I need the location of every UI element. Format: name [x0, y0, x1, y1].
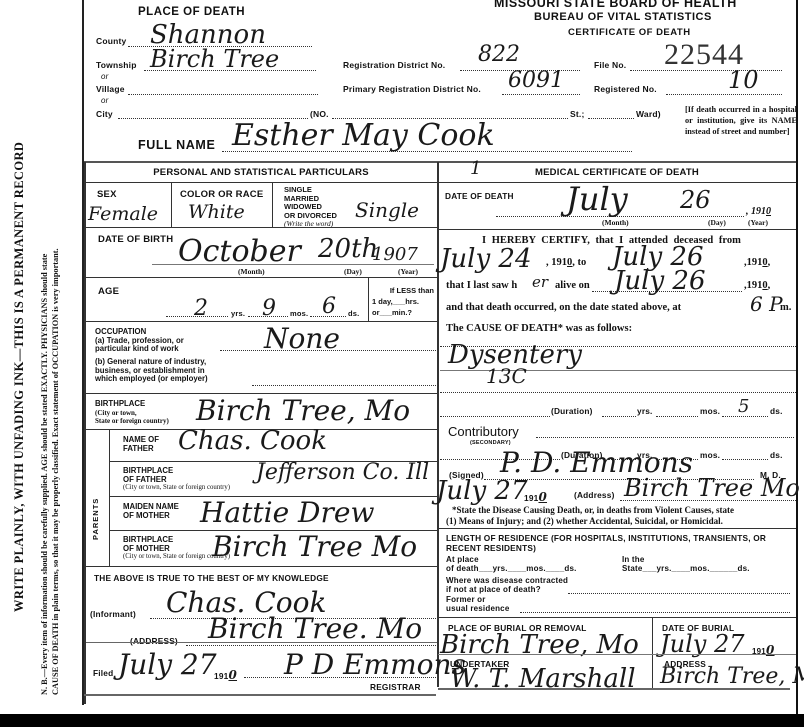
at-place-line1: At place — [446, 555, 577, 564]
contracted-field: Where was disease contracted if not at p… — [446, 576, 568, 594]
duration-yrs: yrs. — [637, 406, 653, 416]
certificate-title: CERTIFICATE OF DEATH — [568, 27, 691, 38]
duration2-mos: mos. — [700, 450, 720, 460]
or-label-2: or — [101, 96, 109, 105]
rule — [86, 566, 437, 567]
residence-heading: LENGTH OF RESIDENCE (FOR HOSPITALS, INST… — [446, 533, 766, 553]
dob-year-caption: (Year) — [398, 267, 418, 276]
signed-year-suffix: 0 — [538, 490, 547, 504]
registered-no-value: 10 — [728, 66, 759, 94]
registrar-label: REGISTRAR — [370, 682, 421, 692]
father-birthplace-value: Jefferson Co. Ill — [256, 460, 429, 485]
ward-label: Ward) — [636, 109, 661, 119]
rule — [536, 437, 794, 438]
father-name-value: Chas. Cook — [178, 426, 327, 456]
filed-year-suffix: 0 — [228, 668, 237, 682]
attended-year-1: , 1910, to — [546, 257, 586, 268]
informant-address-label: (ADDRESS) — [130, 636, 178, 646]
contracted-line1: Where was disease contracted — [446, 576, 568, 585]
registrar-signature: P D Emmons — [284, 648, 466, 681]
occupation-label: OCCUPATION (a) Trade, profession, or par… — [95, 328, 184, 354]
township-label: Township — [96, 60, 137, 70]
dob-day: 20th — [318, 234, 378, 264]
cause-footnote: *State the Disease Causing Death, or, in… — [446, 505, 734, 526]
or-label-1: or — [101, 72, 109, 81]
signed-year: 1910 — [524, 490, 547, 504]
rule — [86, 182, 437, 183]
physician-address-value: Birch Tree Mo — [624, 474, 800, 502]
duration-ds: ds. — [770, 406, 783, 416]
father-bp-line3: (City or town, State or foreign country) — [123, 484, 230, 493]
in-state-field: In the State___yrs.____mos.______ds. — [622, 555, 750, 573]
primary-district-value: 6091 — [508, 68, 564, 93]
registered-no-line — [666, 94, 782, 95]
former-line1: Former or — [446, 595, 509, 604]
burial-place-value: Birch Tree, Mo — [440, 630, 639, 660]
age-days: 6 — [322, 294, 336, 319]
township-value: Birch Tree — [150, 45, 279, 73]
city-label: City — [96, 109, 113, 119]
year-3-suffix: 0 — [762, 280, 767, 291]
occupation-b-line3: which employed (or employer) — [95, 375, 208, 384]
rule — [602, 416, 636, 417]
marital-value: Single — [355, 198, 419, 222]
dob-day-caption: (Day) — [344, 267, 362, 276]
rule — [438, 688, 790, 690]
filed-year: 1910 — [214, 668, 237, 682]
village-line — [128, 94, 318, 95]
file-no-label: File No. — [594, 60, 626, 70]
cause-label: The CAUSE OF DEATH* was as follows: — [446, 323, 632, 334]
birthplace-sub1: (City or town, — [95, 409, 169, 418]
scan-border-right — [796, 0, 804, 714]
hospital-note: [If death occurred in a hospital or inst… — [685, 104, 797, 137]
dod-year-prefix: 191 — [751, 206, 766, 217]
residence-heading-line2: RECENT RESIDENTS) — [446, 543, 766, 553]
less-than-line-2: 1 day,___hrs. — [372, 296, 434, 307]
sex-label: SEX — [97, 189, 117, 200]
race-value: White — [188, 201, 245, 223]
left-column-border — [84, 162, 86, 704]
scan-border-bottom — [0, 714, 804, 727]
birthplace-heading: BIRTHPLACE — [95, 400, 169, 409]
age-label: AGE — [98, 286, 119, 297]
section-divider — [84, 161, 796, 163]
margin-instruction: WRITE PLAINLY, WITH UNFADING INK—THIS IS… — [12, 142, 27, 612]
street-label: St.; — [570, 109, 585, 119]
year-1-prefix: 191 — [551, 257, 567, 268]
signed-date: July 27 — [436, 476, 528, 506]
registration-district-value: 822 — [478, 42, 520, 67]
former-line2: usual residence — [446, 604, 509, 613]
dod-label: DATE OF DEATH — [445, 191, 514, 201]
mother-name-value: Hattie Drew — [200, 496, 374, 529]
rule — [171, 183, 172, 227]
informant-label: (Informant) — [90, 609, 136, 619]
rule — [86, 321, 437, 322]
rule — [252, 385, 436, 386]
margin-note-2: CAUSE OF DEATH in plain terms, so that i… — [51, 248, 60, 695]
board-title: MISSOURI STATE BOARD OF HEALTH — [494, 0, 737, 10]
dob-year: 1907 — [372, 244, 418, 265]
occurred-label: and that death occurred, on the date sta… — [446, 302, 681, 313]
rule — [656, 416, 698, 417]
duration-days-value: 5 — [738, 396, 749, 417]
rule — [438, 528, 796, 529]
medical-heading: MEDICAL CERTIFICATE OF DEATH — [438, 167, 796, 178]
year-2-prefix: 191 — [747, 257, 763, 268]
county-label: County — [96, 36, 126, 46]
village-label: Village — [96, 84, 125, 94]
rule — [86, 227, 437, 228]
age-months: 9 — [262, 296, 276, 321]
mother-name-label: MAIDEN NAME OF MOTHER — [123, 503, 179, 520]
primary-district-line — [502, 94, 580, 95]
primary-district-label: Primary Registration District No. — [343, 84, 481, 94]
dod-day: 26 — [680, 186, 711, 214]
rule — [186, 645, 436, 646]
former-residence-field: Former or usual residence — [446, 595, 509, 613]
birthplace-label: BIRTHPLACE (City or town, State or forei… — [95, 400, 169, 426]
last-saw-value: er — [532, 273, 548, 291]
time-value: 6 P — [750, 292, 783, 316]
rule — [109, 430, 110, 566]
full-name-label: FULL NAME — [138, 138, 215, 152]
at-place-line2: of death___yrs.____mos.____ds. — [446, 564, 577, 573]
bureau-title: BUREAU OF VITAL STATISTICS — [534, 11, 712, 23]
dob-month-caption: (Month) — [238, 267, 265, 276]
rule — [84, 694, 436, 696]
informant-address-value: Birch Tree. Mo — [208, 612, 422, 645]
alive-on-label: alive on — [555, 280, 590, 291]
birthplace-value: Birch Tree, Mo — [196, 394, 410, 427]
father-birthplace-label: BIRTHPLACE OF FATHER (City or town, Stat… — [123, 467, 230, 493]
in-state-line2: State___yrs.____mos.______ds. — [622, 564, 750, 573]
column-divider — [437, 162, 439, 687]
father-name-line2: FATHER — [123, 445, 159, 454]
rule — [438, 229, 796, 230]
attended-year-2: ,1910, — [744, 257, 770, 268]
in-state-line1: In the — [622, 555, 750, 564]
dob-label: DATE OF BIRTH — [98, 234, 173, 245]
father-bp-line2: OF FATHER — [123, 476, 230, 485]
filed-year-prefix: 191 — [214, 671, 228, 681]
age-years: 2 — [194, 296, 208, 321]
less-than-note: If LESS than 1 day,___hrs. or___min.? — [372, 285, 434, 318]
contracted-line2: if not at place of death? — [446, 585, 568, 594]
duration-mos: mos. — [700, 406, 720, 416]
parents-label: PARENTS — [91, 498, 100, 540]
rule — [438, 654, 796, 655]
margin-note-1: N. B.—Every item of information should b… — [40, 254, 49, 695]
father-name-label: NAME OF FATHER — [123, 436, 159, 453]
alive-on-value: July 26 — [614, 266, 706, 296]
rule — [520, 612, 790, 613]
registered-no-label: Registered No. — [594, 84, 657, 94]
place-of-death-heading: PLACE OF DEATH — [138, 6, 245, 18]
physician-address-label: (Address) — [574, 490, 615, 500]
dod-month: July — [566, 180, 628, 218]
rule — [722, 459, 768, 460]
contributory-label: Contributory — [448, 424, 519, 439]
at-place-field: At place of death___yrs.____mos.____ds. — [446, 555, 577, 573]
mother-name-line2: OF MOTHER — [123, 512, 179, 521]
occupation-b-label: (b) General nature of industry, business… — [95, 358, 208, 384]
less-than-line-1: If LESS than — [372, 285, 434, 296]
dod-month-caption: (Month) — [602, 218, 629, 227]
race-label: COLOR OR RACE — [180, 189, 263, 200]
rule — [440, 392, 796, 393]
side-margin: WRITE PLAINLY, WITH UNFADING INK—THIS IS… — [0, 0, 82, 715]
rule — [440, 416, 550, 417]
rule — [568, 593, 790, 594]
filed-label: Filed — [93, 668, 113, 678]
year-2-suffix: 0 — [762, 257, 767, 268]
rule — [86, 642, 437, 643]
filed-date: July 27 — [118, 648, 217, 681]
age-mos-label: mos. — [290, 309, 308, 318]
mother-birthplace-value: Birch Tree Mo — [212, 530, 417, 563]
personal-heading: PERSONAL AND STATISTICAL PARTICULARS — [86, 167, 436, 178]
age-ds-label: ds. — [348, 309, 359, 318]
year-1-suffix: 0 — [567, 257, 572, 268]
duration-label: (Duration) — [551, 406, 593, 416]
true-statement-label: THE ABOVE IS TRUE TO THE BEST OF MY KNOW… — [94, 573, 329, 583]
dod-year: , 1910 — [746, 206, 771, 217]
dod-day-caption: (Day) — [708, 218, 726, 227]
rule — [272, 183, 273, 227]
alive-on-year: ,1910, — [744, 280, 770, 291]
footnote-line-1: *State the Disease Causing Death, or, in… — [446, 505, 734, 516]
dod-year-caption: (Year) — [748, 218, 768, 227]
residence-heading-line1: LENGTH OF RESIDENCE (FOR HOSPITALS, INST… — [446, 533, 766, 543]
rule — [438, 617, 796, 618]
year-3-prefix: 191 — [747, 280, 763, 291]
attended-from: July 24 — [440, 244, 532, 274]
duration2-ds: ds. — [770, 450, 783, 460]
occupation-value: None — [264, 322, 340, 355]
last-saw-label: that I last saw h — [446, 280, 517, 291]
less-than-line-3: or___min.? — [372, 307, 434, 318]
to-label: to — [578, 257, 587, 268]
sex-value: Female — [88, 203, 158, 225]
signed-year-prefix: 191 — [524, 493, 538, 503]
footnote-line-2: (1) Means of Injury; and (2) whether Acc… — [446, 516, 734, 527]
birthplace-sub2: State or foreign country) — [95, 417, 169, 426]
full-name-value: Esther May Cook — [232, 118, 495, 153]
occupation-a-line2: particular kind of work — [95, 345, 184, 354]
marital-label: SINGLE MARRIED WIDOWED OR DIVORCED (Writ… — [284, 186, 337, 229]
dod-year-suffix: 0 — [766, 206, 771, 217]
rule — [368, 278, 369, 321]
time-suffix: m. — [780, 302, 791, 313]
rule — [86, 277, 437, 278]
dob-month: October — [178, 234, 301, 269]
age-yrs-label: yrs. — [231, 309, 245, 318]
cause-code: 13C — [486, 364, 527, 388]
registration-district-label: Registration District No. — [343, 60, 445, 70]
rule — [652, 618, 653, 688]
ward-line — [588, 118, 634, 119]
undertaker-address-value: Birch Tree, Mo — [660, 664, 804, 689]
